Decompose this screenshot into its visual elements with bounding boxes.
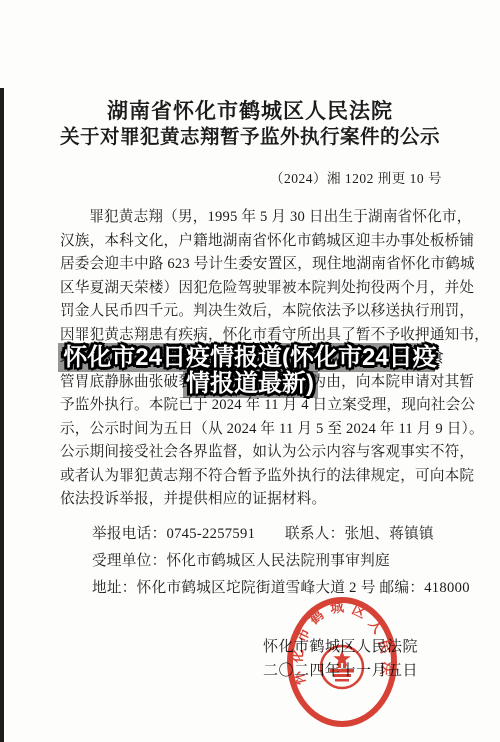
body-line: 或者认为罪犯黄志翔不符合暂予监外执行的法律规定，可向本院 — [60, 465, 444, 489]
overlay-headline-line2: 情报道最新) — [0, 370, 500, 398]
body-line: 罚金人民币四千元。判决生效后，本院依法予以移送执行刑罚， — [60, 300, 444, 324]
body-line: 汉族，本科文化，户籍地湖南省怀化市鹤城区迎丰办事处板桥铺 — [60, 230, 444, 254]
body-line: 罪犯黄志翔（男，1995 年 5 月 30 日出生于湖南省怀化市， — [60, 206, 444, 230]
notice-title: 关于对罪犯黄志翔暂予监外执行案件的公示 — [0, 121, 500, 149]
body-line: 示，公示时间为五日（从 2024 年 11 月 5 至 2024 年 11 月 … — [60, 418, 444, 442]
body-line: 公示期间接受社会各界监督，如认为公示内容与客观事实不符， — [60, 441, 444, 465]
report-phone-line: 举报电话：0745-2257591 联系人：张旭、蒋镇镇 — [92, 521, 452, 548]
national-emblem-icon — [321, 646, 363, 688]
court-seal: 怀化市鹤城区人民法院 — [272, 587, 412, 737]
body-line: 依法投诉举报，并提供相应的证据材料。 — [60, 488, 444, 512]
body-line: 居委会迎丰中路 623 号计生委安置区，现住地湖南省怀化市鹤城 — [60, 253, 444, 277]
overlay-headline-line1: 怀化市24日疫情报道(怀化市24日疫 — [0, 343, 500, 372]
scanned-court-notice-page: 湖南省怀化市鹤城区人民法院 关于对罪犯黄志翔暂予监外执行案件的公示 （2024）… — [0, 0, 500, 742]
star-icon — [333, 650, 350, 667]
body-line: 区华夏湖天荣楼）因犯危险驾驶罪被本院判处拘役两个月，并处 — [60, 277, 444, 301]
handling-unit-line: 受理单位：怀化市鹤城区人民法院刑事审判庭 — [92, 548, 452, 575]
scan-edge-artifact — [0, 88, 4, 742]
document-number: （2024）湘 1202 刑更 10 号 — [270, 167, 442, 187]
